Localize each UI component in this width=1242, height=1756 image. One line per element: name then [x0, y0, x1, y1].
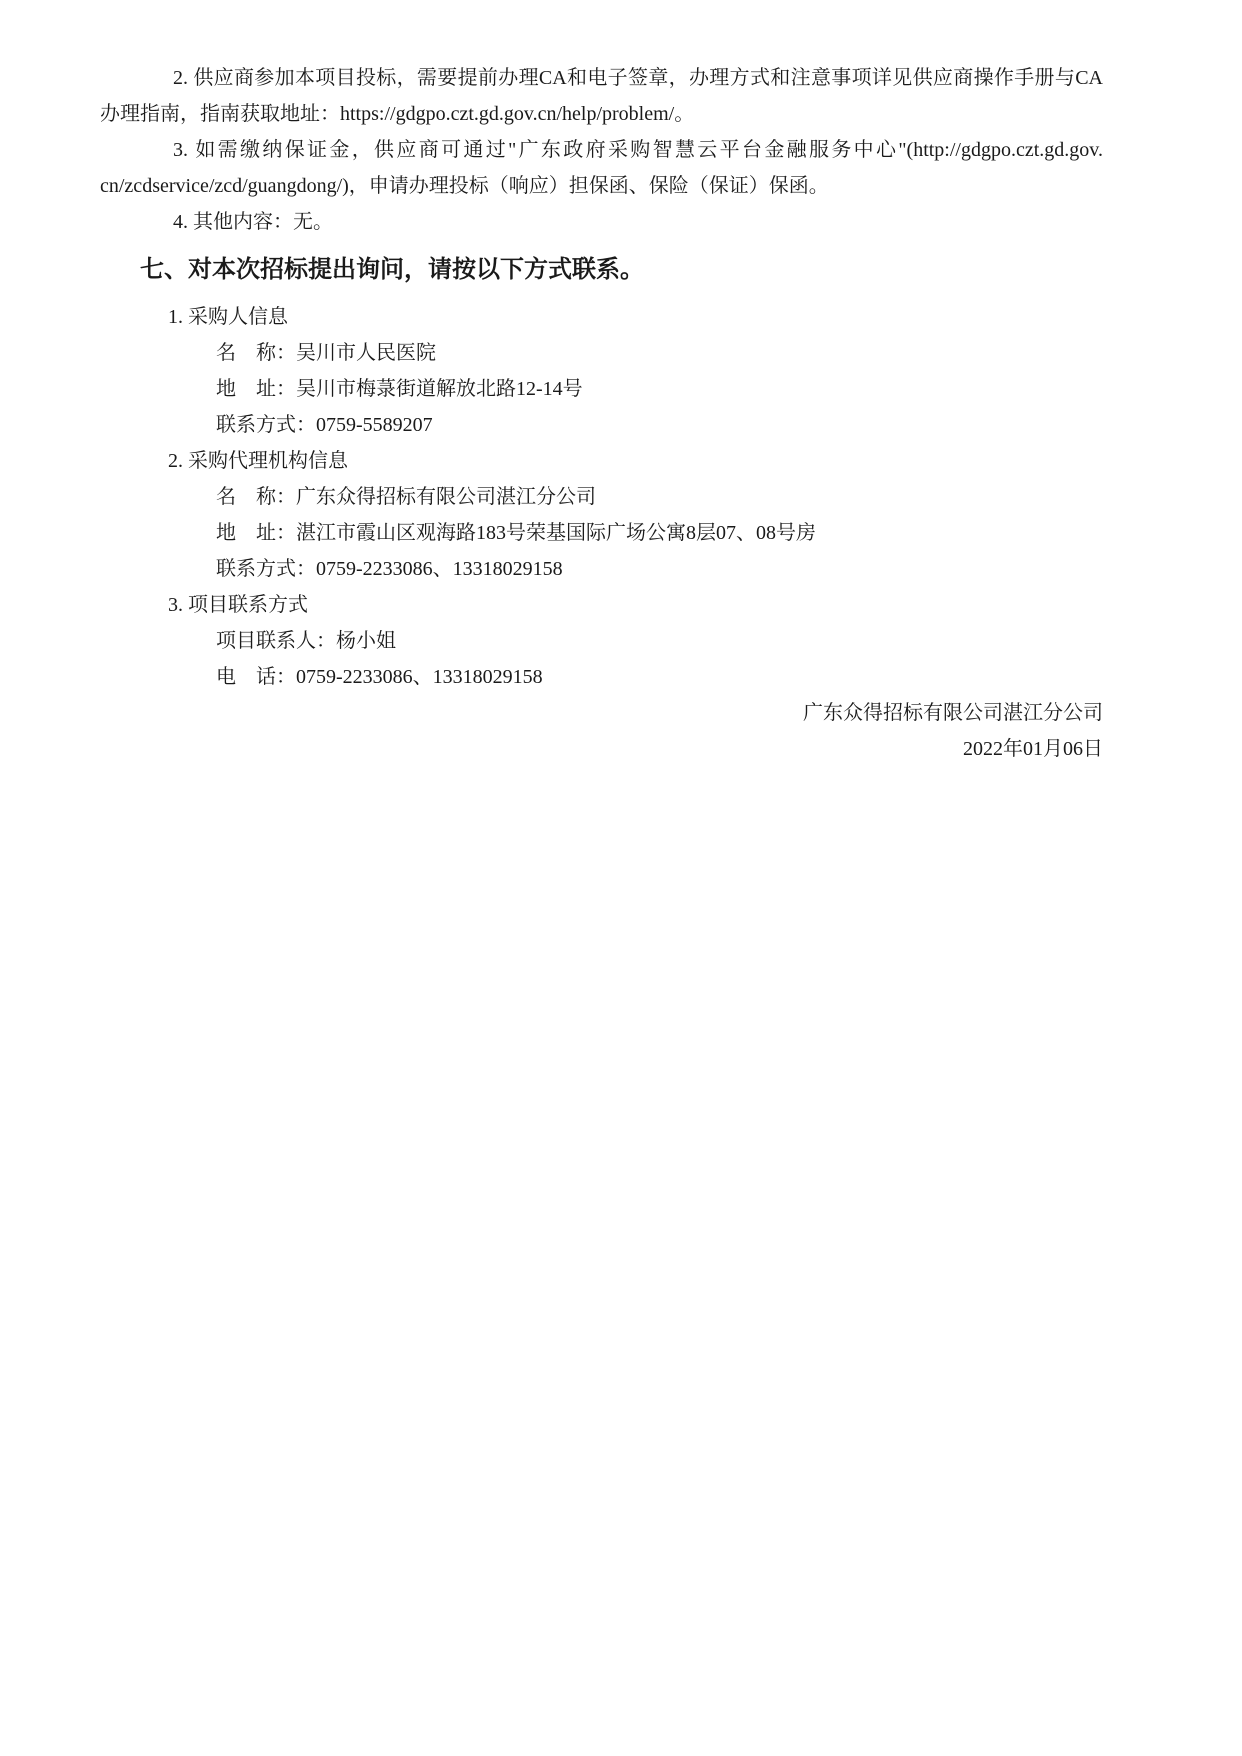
agency-info-heading: 2. 采购代理机构信息 — [100, 443, 1103, 479]
note-ca-signature-line-2: 办理指南，指南获取地址：https://gdgpo.czt.gd.gov.cn/… — [100, 96, 1103, 132]
contact-info-list: 1. 采购人信息 名 称：吴川市人民医院 地 址：吴川市梅菉街道解放北路12-1… — [100, 299, 1103, 695]
signature-date: 2022年01月06日 — [100, 731, 1103, 767]
purchaser-address-row: 地 址：吴川市梅菉街道解放北路12-14号 — [100, 371, 1103, 407]
project-contact-person-row: 项目联系人：杨小姐 — [100, 623, 1103, 659]
agency-name-row: 名 称：广东众得招标有限公司湛江分公司 — [100, 479, 1103, 515]
field-value: 0759-2233086、13318029158 — [296, 666, 543, 688]
field-value: 吴川市梅菉街道解放北路12-14号 — [296, 378, 583, 400]
field-label: 电 话： — [216, 666, 296, 688]
note-deposit-line-1: 3. 如需缴纳保证金，供应商可通过"广东政府采购智慧云平台金融服务中心"(htt… — [100, 132, 1103, 168]
project-contact-heading: 3. 项目联系方式 — [100, 587, 1103, 623]
section-7-heading: 七、对本次招标提出询问，请按以下方式联系。 — [100, 249, 1103, 291]
document-page: 2. 供应商参加本项目投标，需要提前办理CA和电子签章，办理方式和注意事项详见供… — [0, 0, 1242, 1756]
field-value: 广东众得招标有限公司湛江分公司 — [296, 486, 596, 508]
field-label: 地 址： — [216, 522, 296, 544]
note-ca-signature-line-1: 2. 供应商参加本项目投标，需要提前办理CA和电子签章，办理方式和注意事项详见供… — [100, 60, 1103, 96]
field-value: 吴川市人民医院 — [296, 342, 436, 364]
field-label: 联系方式： — [216, 558, 316, 580]
field-label: 联系方式： — [216, 414, 316, 436]
field-label: 名 称： — [216, 486, 296, 508]
note-other-content: 4. 其他内容：无。 — [100, 204, 1103, 240]
field-value: 湛江市霞山区观海路183号荣基国际广场公寓8层07、08号房 — [296, 522, 816, 544]
field-value: 杨小姐 — [336, 630, 396, 652]
field-value: 0759-5589207 — [316, 414, 433, 436]
field-value: 0759-2233086、13318029158 — [316, 558, 563, 580]
document-content: 2. 供应商参加本项目投标，需要提前办理CA和电子签章，办理方式和注意事项详见供… — [100, 60, 1103, 767]
purchaser-info-heading: 1. 采购人信息 — [100, 299, 1103, 335]
purchaser-name-row: 名 称：吴川市人民医院 — [100, 335, 1103, 371]
field-label: 项目联系人： — [216, 630, 336, 652]
agency-contact-row: 联系方式：0759-2233086、13318029158 — [100, 551, 1103, 587]
field-label: 名 称： — [216, 342, 296, 364]
signature-company: 广东众得招标有限公司湛江分公司 — [100, 695, 1103, 731]
purchaser-contact-row: 联系方式：0759-5589207 — [100, 407, 1103, 443]
note-deposit-line-2: cn/zcdservice/zcd/guangdong/)，申请办理投标（响应）… — [100, 168, 1103, 204]
project-contact-phone-row: 电 话：0759-2233086、13318029158 — [100, 659, 1103, 695]
agency-address-row: 地 址：湛江市霞山区观海路183号荣基国际广场公寓8层07、08号房 — [100, 515, 1103, 551]
field-label: 地 址： — [216, 378, 296, 400]
